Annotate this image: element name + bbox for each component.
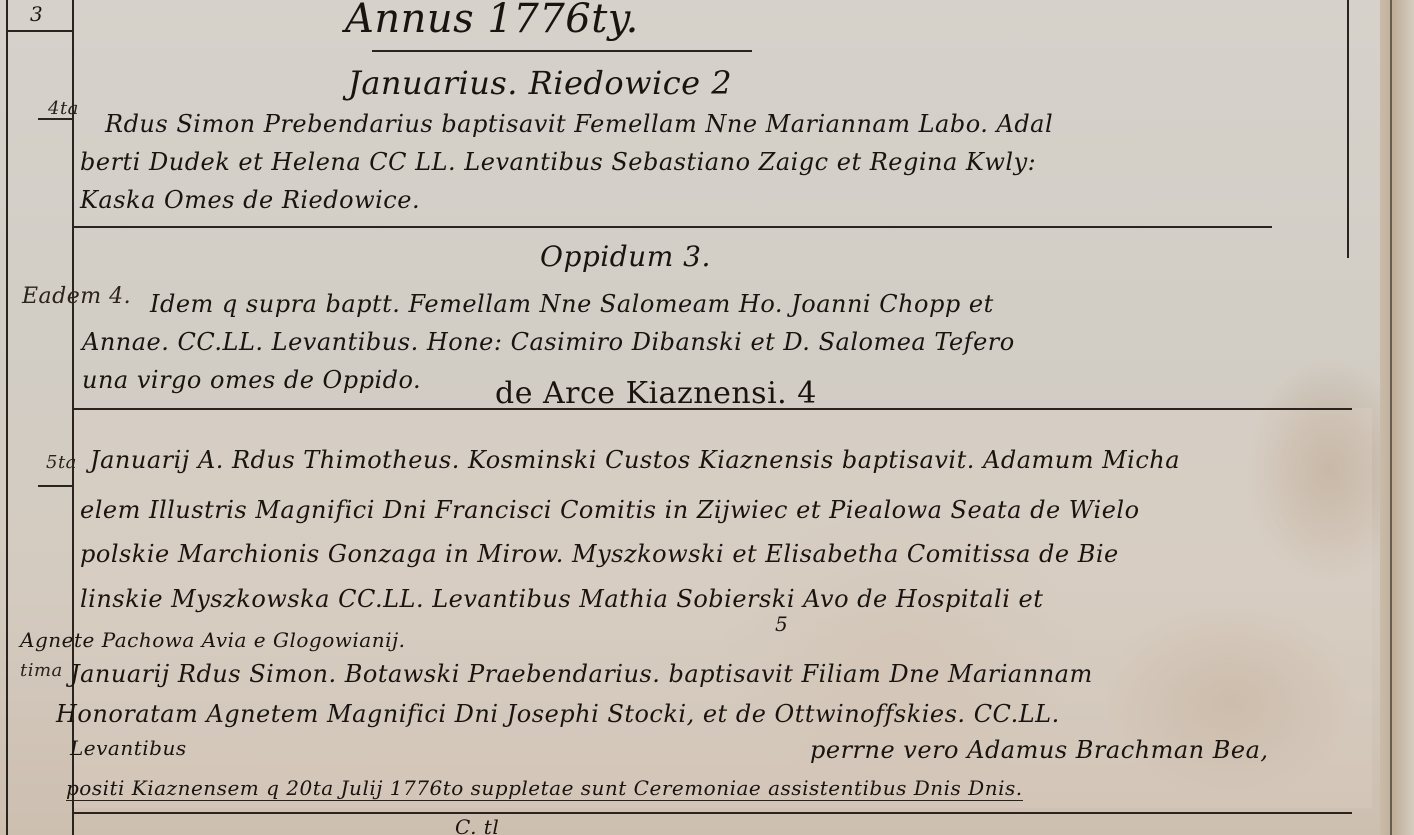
footer-fragment: C. tl — [455, 815, 499, 835]
entry-line: una virgo omes de Oppido. — [82, 366, 421, 394]
margin-tick-2 — [38, 485, 74, 487]
margin-date-note: Eadem 4. — [22, 284, 131, 309]
section-heading: Januarius. Riedowice 2 — [348, 64, 732, 102]
section-divider-1 — [72, 226, 1272, 228]
book-gutter — [1380, 0, 1414, 835]
margin-date-note: 5ta — [46, 452, 77, 473]
entry-line: berti Dudek et Helena CC LL. Levantibus … — [80, 148, 1036, 176]
entry-line: elem Illustris Magnifici Dni Francisci C… — [80, 496, 1140, 524]
title-underline — [372, 50, 752, 52]
right-margin-rule — [1347, 0, 1349, 258]
entry-number: 5 — [775, 612, 788, 636]
entry-line: polskie Marchionis Gonzaga in Mirow. Mys… — [80, 540, 1119, 568]
entry-line: Januarij A. Rdus Thimotheus. Kosminski C… — [90, 446, 1180, 474]
entry-line: Honoratam Agnetem Magnifici Dni Josephi … — [56, 700, 1060, 728]
entry-line: Rdus Simon Prebendarius baptisavit Femel… — [105, 110, 1053, 138]
entry-line: Levantibus — [70, 736, 187, 760]
section-heading: Oppidum 3. — [540, 240, 711, 273]
entry-line: Kaska Omes de Riedowice. — [80, 186, 420, 214]
entry-line: Agnete Pachowa Avia e Glogowianij. — [20, 628, 406, 652]
gutter-rule — [1390, 0, 1392, 835]
entry-line: perrne vero Adamus Brachman Bea, — [810, 736, 1269, 764]
manuscript-page: 3 Annus 1776ty. 4ta Januarius. Riedowice… — [0, 0, 1414, 835]
section-divider-3 — [72, 812, 1352, 814]
entry-line: Idem q supra baptt. Femellam Nne Salomea… — [150, 290, 994, 318]
margin-date-note: tima — [20, 660, 63, 681]
entry-line: Januarij Rdus Simon. Botawski Praebendar… — [70, 660, 1093, 688]
corner-rule — [6, 30, 72, 32]
margin-date-note: 4ta — [48, 98, 79, 119]
page-corner-number: 3 — [30, 2, 43, 26]
entry-line: linskie Myszkowska CC.LL. Levantibus Mat… — [80, 585, 1043, 613]
entry-line: positi Kiaznensem q 20ta Julij 1776to su… — [66, 776, 1023, 801]
year-title: Annus 1776ty. — [345, 0, 639, 42]
outer-margin-rule — [6, 0, 8, 835]
section-heading: de Arce Kiaznensi. 4 — [495, 376, 817, 411]
entry-line: Annae. CC.LL. Levantibus. Hone: Casimiro… — [82, 328, 1015, 356]
